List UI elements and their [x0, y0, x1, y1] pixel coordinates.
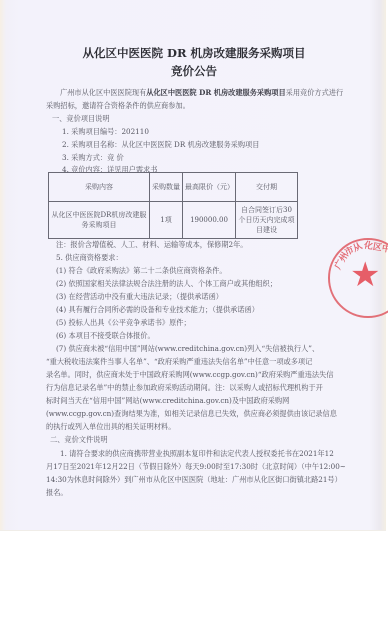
cell-delivery: 自合同签订后30个日历天内完成项目建设: [236, 202, 298, 239]
header-max-price: 最高限价（元）: [183, 173, 236, 202]
requirement-5: (5) 投标人出具《公平竞争承诺书》原件；: [56, 318, 191, 327]
procurement-method: 3. 采购方式：竞 价: [62, 153, 124, 162]
requirement-7-line: 录名单。同时，供应商未处于中国政府采购网(www.ccgp.gov.cn)“政府…: [46, 370, 333, 379]
section2-line: 月17日至2021年12月22日（节假日除外）每天9:00时至17:30时（北京…: [46, 462, 346, 471]
procurement-table: 采购内容 采购数量 最高限价（元） 交付期 从化区中医医院DR机房改建服务采购项…: [48, 172, 298, 239]
intro-text-a: 广州市从化区中医医院现有: [60, 88, 146, 97]
qualification-heading: 5. 供应商资格要求：: [56, 253, 123, 262]
intro-paragraph-line1: 广州市从化区中医医院现有从化区中医医院 DR 机房改建服务采购项目采用竞价方式进…: [60, 88, 343, 97]
header-content: 采购内容: [49, 173, 150, 202]
intro-project-name: 从化区中医医院 DR 机房改建服务采购项目: [146, 88, 285, 97]
document-title: 从化区中医医院 DR 机房改建服务采购项目: [0, 45, 388, 61]
requirement-4: (4) 具有履行合同所必需的设备和专业技术能力；（提供承诺函）: [56, 305, 259, 314]
section2-line: 报名。: [46, 488, 68, 497]
star-icon: ★: [350, 258, 380, 292]
intro-text-c: 采用竞价方式进行: [286, 88, 344, 97]
requirement-7-line: 标时间当天在“信用中国”网站(www.creditchina.gov.cn)及中…: [46, 396, 289, 405]
requirement-1: (1) 符合《政府采购法》第二十二条供应商资格条件。: [56, 266, 227, 275]
cell-content: 从化区中医医院DR机房改建服务采购项目: [49, 202, 150, 239]
requirement-3: (3) 在经营活动中没有重大违法记录；（提供承诺函）: [56, 292, 223, 301]
requirement-2: (2) 依照国家相关法律法规合法注册的法人、个体工商户或其他组织；: [56, 279, 277, 288]
requirement-6: (6) 本项目不接受联合体报价。: [56, 331, 155, 340]
section2-heading: 二、竞价文件说明: [50, 435, 108, 444]
document-subtitle: 竞价公告: [0, 63, 388, 79]
section2-line: 1. 请符合要求的供应商携带营业执照副本复印件和法定代表人授权委托书在2021年…: [60, 449, 334, 458]
official-seal: 广州 市从 化区中 ★: [328, 238, 388, 318]
header-delivery: 交付期: [236, 173, 298, 202]
requirement-7-line: 的执行或列入单位出具的相关证明材料。: [46, 422, 175, 431]
section2-line: 14:30为休息时间除外）到广州市从化区中医医院（地址：广州市从化区街口街镇北路…: [46, 475, 342, 484]
requirement-7-line: (www.ccgp.gov.cn)查询结果为准，如相关记录信息已失效，供应商必须…: [46, 409, 337, 418]
requirement-7-line: (7) 供应商未被“信用中国”网站(www.creditchina.gov.cn…: [56, 344, 319, 353]
section1-heading: 一、竞价项目说明: [52, 114, 110, 123]
requirement-7-line: 行为信息记录名单”中的禁止参加政府采购活动期间。注：以采购人或招标代理机构于开: [46, 383, 323, 392]
project-name: 2. 采购项目名称：从化区中医医院 DR 机房改建服务采购项目: [62, 140, 259, 149]
requirement-7-line: “重大税收违法案件当事人名单”、“政府采购严重违法失信名单”中任意一项或多项记: [46, 357, 312, 366]
scanned-document-page: 从化区中医医院 DR 机房改建服务采购项目 竞价公告 广州市从化区中医医院现有从…: [0, 0, 386, 531]
header-quantity: 采购数量: [150, 173, 183, 202]
project-number: 1. 采购项目编号：202110: [62, 127, 149, 136]
table-header-row: 采购内容 采购数量 最高限价（元） 交付期: [49, 173, 298, 202]
seal-text: 化区中: [363, 238, 388, 255]
cell-quantity: 1项: [150, 202, 183, 239]
table-row: 从化区中医医院DR机房改建服务采购项目 1项 190000.00 自合同签订后3…: [49, 202, 298, 239]
cell-max-price: 190000.00: [183, 202, 236, 239]
intro-paragraph-line2: 采购招标，邀请符合资格条件的供应商参加。: [46, 101, 190, 110]
price-note: 注：报价含增值税、人工、材料、运输等成本，保修期2年。: [56, 240, 247, 249]
